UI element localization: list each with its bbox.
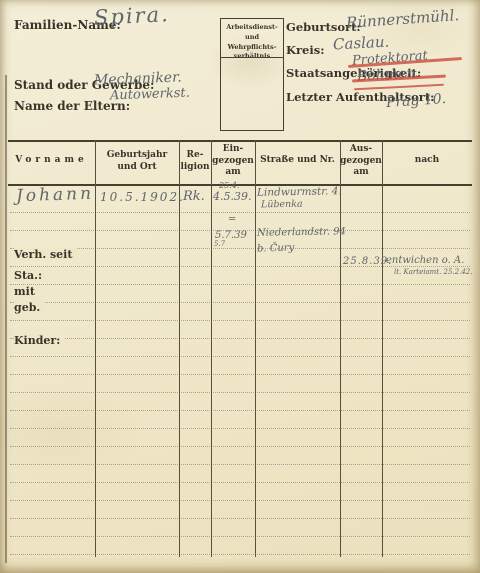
ruled-line bbox=[10, 284, 470, 285]
ruled-line bbox=[10, 374, 470, 375]
ruled-line bbox=[10, 446, 470, 447]
table-column-divider-3 bbox=[211, 140, 212, 557]
table-column-divider-4 bbox=[255, 140, 256, 557]
geburtsort-value: Rünnerstmühl. bbox=[346, 6, 460, 32]
row-label-sta: Sta.: bbox=[14, 269, 46, 282]
table-column-divider-1 bbox=[95, 140, 96, 557]
header-nach: nach bbox=[382, 155, 472, 167]
registration-card-page: Familien-Name: Spira. Stand oder Gewerbe… bbox=[0, 0, 480, 573]
kreis-label: Kreis: bbox=[286, 43, 324, 57]
ruled-line bbox=[10, 410, 470, 411]
arbeitsdienst-box-divider bbox=[221, 57, 283, 58]
ruled-line bbox=[10, 428, 470, 429]
kreis-value: Caslau. bbox=[333, 33, 390, 54]
entry-ausgezogen-1: 25.8.39. bbox=[343, 256, 392, 267]
entry-eingezogen-1: 4.5.39. bbox=[213, 190, 251, 203]
header-ausgezogen-am: Aus- gezogen am bbox=[340, 144, 382, 179]
ruled-line bbox=[10, 356, 470, 357]
row-label-verh-seit: Verh. seit bbox=[14, 248, 76, 261]
ruled-line bbox=[10, 554, 470, 555]
entry-strasse-2: Niederlandstr. 94 bbox=[257, 226, 346, 239]
entry-strasse-1: Lindwurmstr. 4. bbox=[257, 185, 342, 198]
header-strasse-und-nr: Straße und Nr. bbox=[255, 155, 340, 167]
ruled-line bbox=[10, 338, 470, 339]
entry-vorname: Johann bbox=[16, 184, 95, 207]
entry-eingezogen-2-korrektur: 5.7 bbox=[214, 240, 225, 248]
ruled-line bbox=[10, 302, 470, 303]
header-geburtsjahr-und-ort: Geburtsjahr und Ort bbox=[95, 150, 179, 173]
row-label-kinder: Kinder: bbox=[14, 334, 64, 347]
ruled-line bbox=[10, 320, 470, 321]
header-religion: Re- ligion bbox=[179, 150, 211, 173]
table-column-divider-6 bbox=[382, 140, 383, 557]
header-vorname: Vorname bbox=[8, 155, 95, 167]
entry-eingezogen-korrektur: 25.4. bbox=[219, 181, 239, 190]
stand-gewerbe-value-2: Autowerkst. bbox=[110, 86, 190, 104]
staatsangehoerigkeit-struck-value-2: Böhmen. bbox=[357, 65, 421, 84]
row-label-mit: mit bbox=[14, 285, 39, 298]
entry-strasse-2b: b. Čury bbox=[257, 242, 295, 254]
letzter-aufenthaltsort-value: Prag 10. bbox=[386, 91, 447, 111]
row-label-geb: geb. bbox=[14, 301, 44, 314]
ruled-line bbox=[10, 500, 470, 501]
ruled-line bbox=[10, 248, 470, 249]
table-column-divider-5 bbox=[340, 140, 341, 557]
ruled-line bbox=[10, 266, 470, 267]
entry-geburtsdatum: 10.5.1902. bbox=[100, 190, 185, 204]
ruled-line bbox=[10, 464, 470, 465]
entry-nach-1: entwichen o. A. bbox=[386, 255, 464, 266]
entry-nach-1b: lt. Karteiamt. 25.2.42. bbox=[394, 268, 472, 276]
ruled-line bbox=[10, 518, 470, 519]
ruled-line bbox=[10, 212, 470, 213]
ruled-line bbox=[10, 482, 470, 483]
header-eingezogen-am: Ein- gezogen am bbox=[211, 144, 255, 179]
entry-ditto-mark: = bbox=[228, 214, 236, 225]
entry-strasse-1b: Lübenka bbox=[261, 199, 303, 211]
familienname-value: Spira. bbox=[93, 2, 170, 30]
entry-religion: Rk. bbox=[183, 189, 205, 204]
arbeitsdienst-box: Arbeitsdienst- und Wehrpflichts- verhält… bbox=[220, 18, 284, 131]
table-header-top-border bbox=[8, 140, 472, 142]
ruled-line bbox=[10, 536, 470, 537]
paper-scan-edge bbox=[5, 75, 7, 563]
ruled-line bbox=[10, 392, 470, 393]
